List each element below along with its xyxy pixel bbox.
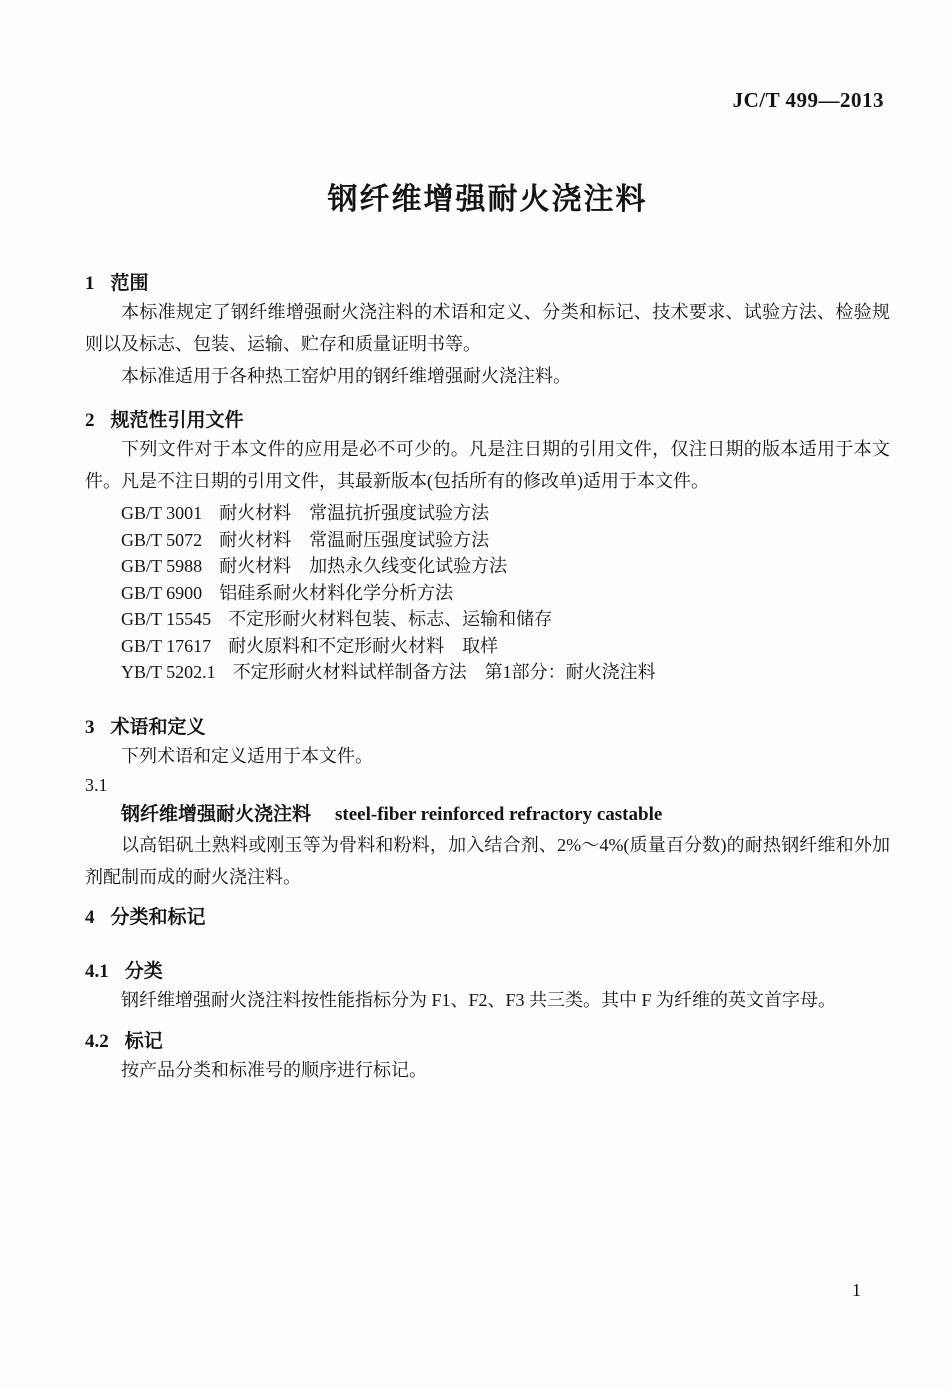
reference-code: GB/T 6900 [121,583,202,603]
reference-item: GB/T 5072耐火材料 常温耐压强度试验方法 [121,527,890,554]
reference-title: 不定形耐火材料包装、标志、运输和储存 [228,609,552,629]
section-4-label: 分类和标记 [111,907,206,928]
terms-intro: 下列术语和定义适用于本文件。 [85,740,890,772]
reference-item: GB/T 3001耐火材料 常温抗折强度试验方法 [121,500,890,527]
reference-code: YB/T 5202.1 [121,662,216,682]
reference-title: 铝硅系耐火材料化学分析方法 [219,583,453,603]
reference-item: GB/T 17617耐火原料和不定形耐火材料 取样 [121,633,890,660]
section-4-2-heading: 4.2标记 [85,1030,890,1054]
section-2-number: 2 [85,409,95,433]
section-2-label: 规范性引用文件 [111,410,244,431]
reference-item: YB/T 5202.1不定形耐火材料试样制备方法 第1部分：耐火浇注料 [121,659,890,686]
term-english: steel-fiber reinforced refractory castab… [335,804,662,825]
section-4-1-heading: 4.1分类 [85,960,890,984]
term-definition-text: 以高铝矾土熟料或刚玉等为骨料和粉料，加入结合剂、2%～4%(质量百分数)的耐热钢… [85,829,890,893]
section-2-heading: 2规范性引用文件 [85,409,890,433]
reference-item: GB/T 5988耐火材料 加热永久线变化试验方法 [121,553,890,580]
section-3-label: 术语和定义 [111,717,206,738]
document-content: 钢纤维增强耐火浇注料 1范围 本标准规定了钢纤维增强耐火浇注料的术语和定义、分类… [0,0,950,1086]
reference-title: 不定形耐火材料试样制备方法 第1部分：耐火浇注料 [233,662,656,682]
reference-item: GB/T 15545不定形耐火材料包装、标志、运输和储存 [121,606,890,633]
clause-3-1-number: 3.1 [85,772,890,798]
term-definition-line: 钢纤维增强耐火浇注料steel-fiber reinforced refract… [85,800,890,829]
section-4-number: 4 [85,906,95,930]
section-4-1-label: 分类 [125,961,163,982]
section-4-2-label: 标记 [125,1031,163,1052]
scope-paragraph-2: 本标准适用于各种热工窑炉用的钢纤维增强耐火浇注料。 [85,360,890,392]
references-intro: 下列文件对于本文件的应用是必不可少的。凡是注日期的引用文件，仅注日期的版本适用于… [85,433,890,497]
reference-item: GB/T 6900铝硅系耐火材料化学分析方法 [121,580,890,607]
reference-code: GB/T 3001 [121,503,202,523]
document-page: JC/T 499—2013 钢纤维增强耐火浇注料 1范围 本标准规定了钢纤维增强… [0,0,950,1388]
reference-code: GB/T 5988 [121,556,202,576]
term-chinese: 钢纤维增强耐火浇注料 [121,804,311,825]
section-3-number: 3 [85,716,95,740]
marking-paragraph: 按产品分类和标准号的顺序进行标记。 [85,1054,890,1086]
section-1-label: 范围 [111,273,149,294]
section-4-2-number: 4.2 [85,1030,109,1054]
classification-paragraph: 钢纤维增强耐火浇注料按性能指标分为 F1、F2、F3 共三类。其中 F 为纤维的… [85,984,890,1016]
document-title: 钢纤维增强耐火浇注料 [85,184,890,216]
reference-code: GB/T 17617 [121,636,211,656]
section-4-heading: 4分类和标记 [85,906,890,930]
section-1-heading: 1范围 [85,272,890,296]
section-4-1-number: 4.1 [85,960,109,984]
section-1-number: 1 [85,272,95,296]
reference-title: 耐火材料 常温耐压强度试验方法 [219,530,489,550]
section-3-heading: 3术语和定义 [85,716,890,740]
reference-list: GB/T 3001耐火材料 常温抗折强度试验方法 GB/T 5072耐火材料 常… [85,500,890,686]
reference-title: 耐火原料和不定形耐火材料 取样 [228,636,498,656]
standard-code-header: JC/T 499—2013 [733,88,884,113]
reference-code: GB/T 5072 [121,530,202,550]
reference-title: 耐火材料 加热永久线变化试验方法 [219,556,507,576]
page-number: 1 [852,1280,861,1301]
scope-paragraph-1: 本标准规定了钢纤维增强耐火浇注料的术语和定义、分类和标记、技术要求、试验方法、检… [85,296,890,360]
reference-code: GB/T 15545 [121,609,211,629]
reference-title: 耐火材料 常温抗折强度试验方法 [219,503,489,523]
